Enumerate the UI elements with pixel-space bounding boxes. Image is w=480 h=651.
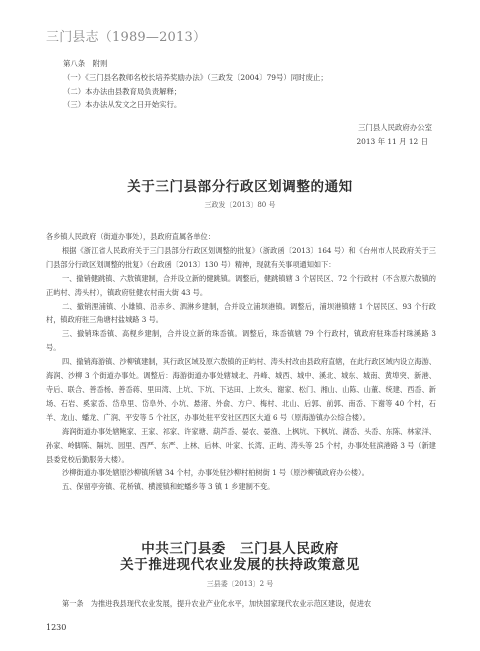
opinion-title-line2: 关于推进现代农业发展的扶持政策意见: [0, 557, 480, 573]
notice-paragraph: 五、保留亭旁镇、花桥镇、横渡镇和蛇蟠乡等 3 镇 1 乡建制不变。: [46, 480, 436, 494]
notice-paragraph: 二、撤销浬浦镇、小雄镇、沿赤乡、泗淋乡建制，合并设立浦坝港镇。调整后，浦坝港镇辖…: [46, 300, 436, 328]
opinion-title: 中共三门县委 三门县人民政府 关于推进现代农业发展的扶持政策意见: [0, 541, 480, 573]
running-head: 三门县志（1989—2013）: [46, 26, 206, 45]
article-heading: 第八条 附则: [63, 57, 433, 71]
notice-title: 关于三门县部分行政区划调整的通知: [0, 175, 480, 195]
notice-body: 各乡镇人民政府（街道办事处），县政府直属各单位： 根据《浙江省人民政府关于三门县…: [46, 230, 436, 494]
notice-paragraph: 沙柳街道办事处辖原沙柳镇所辖 34 个村，办事处驻沙柳村柏树街 1 号（原沙柳镇…: [46, 466, 436, 480]
notice-paragraph: 海润街道办事处辖鲍家、王家、祁家、许家塘、葫芦岙、晏农、晏渔、上枫坑、下枫坑、湖…: [46, 425, 436, 467]
previous-section-articles: 第八条 附则 （一）《三门县名教师名校长培养奖励办法》（三政发〔2004〕79号…: [63, 57, 433, 112]
signature-date: 2013 年 11 月 12 日: [356, 135, 432, 149]
notice-addressee: 各乡镇人民政府（街道办事处），县政府直属各单位：: [46, 230, 436, 244]
signature-block: 三门县人民政府办公室 2013 年 11 月 12 日: [356, 121, 432, 149]
signature-issuer: 三门县人民政府办公室: [356, 121, 432, 135]
opinion-title-line1: 中共三门县委 三门县人民政府: [0, 541, 480, 557]
opinion-doc-number: 三县委〔2013〕2 号: [0, 579, 480, 589]
page-number: 1230: [46, 623, 66, 632]
notice-doc-number: 三政发〔2013〕80 号: [0, 200, 480, 210]
notice-paragraph: 根据《浙江省人民政府关于三门县部分行政区划调整的批复》（浙政函〔2013〕164…: [46, 244, 436, 272]
notice-paragraph: 四、撤销海游镇、沙柳镇建制，其行政区域及原六敖镇的正屿村、涛头村改由县政府直辖，…: [46, 355, 436, 425]
notice-paragraph: 三、撤销珠岙镇、高枧乡建制，合并设立新的珠岙镇。调整后，珠岙镇辖 79 个行政村…: [46, 327, 436, 355]
article-item: （二）本办法由县教育局负责解释；: [63, 85, 433, 99]
opinion-first-article: 第一条 为推进我县现代农业发展，提升农业产业化水平，加快国家现代农业示范区建设，…: [62, 599, 371, 609]
notice-paragraph: 一、撤销健跳镇、六敖镇建制，合并设立新的健跳镇。调整后，健跳镇辖 3 个居民区、…: [46, 272, 436, 300]
article-item: （三）本办法从发文之日开始实行。: [63, 98, 433, 112]
article-item: （一）《三门县名教师名校长培养奖励办法》（三政发〔2004〕79号）同时废止；: [63, 71, 433, 85]
